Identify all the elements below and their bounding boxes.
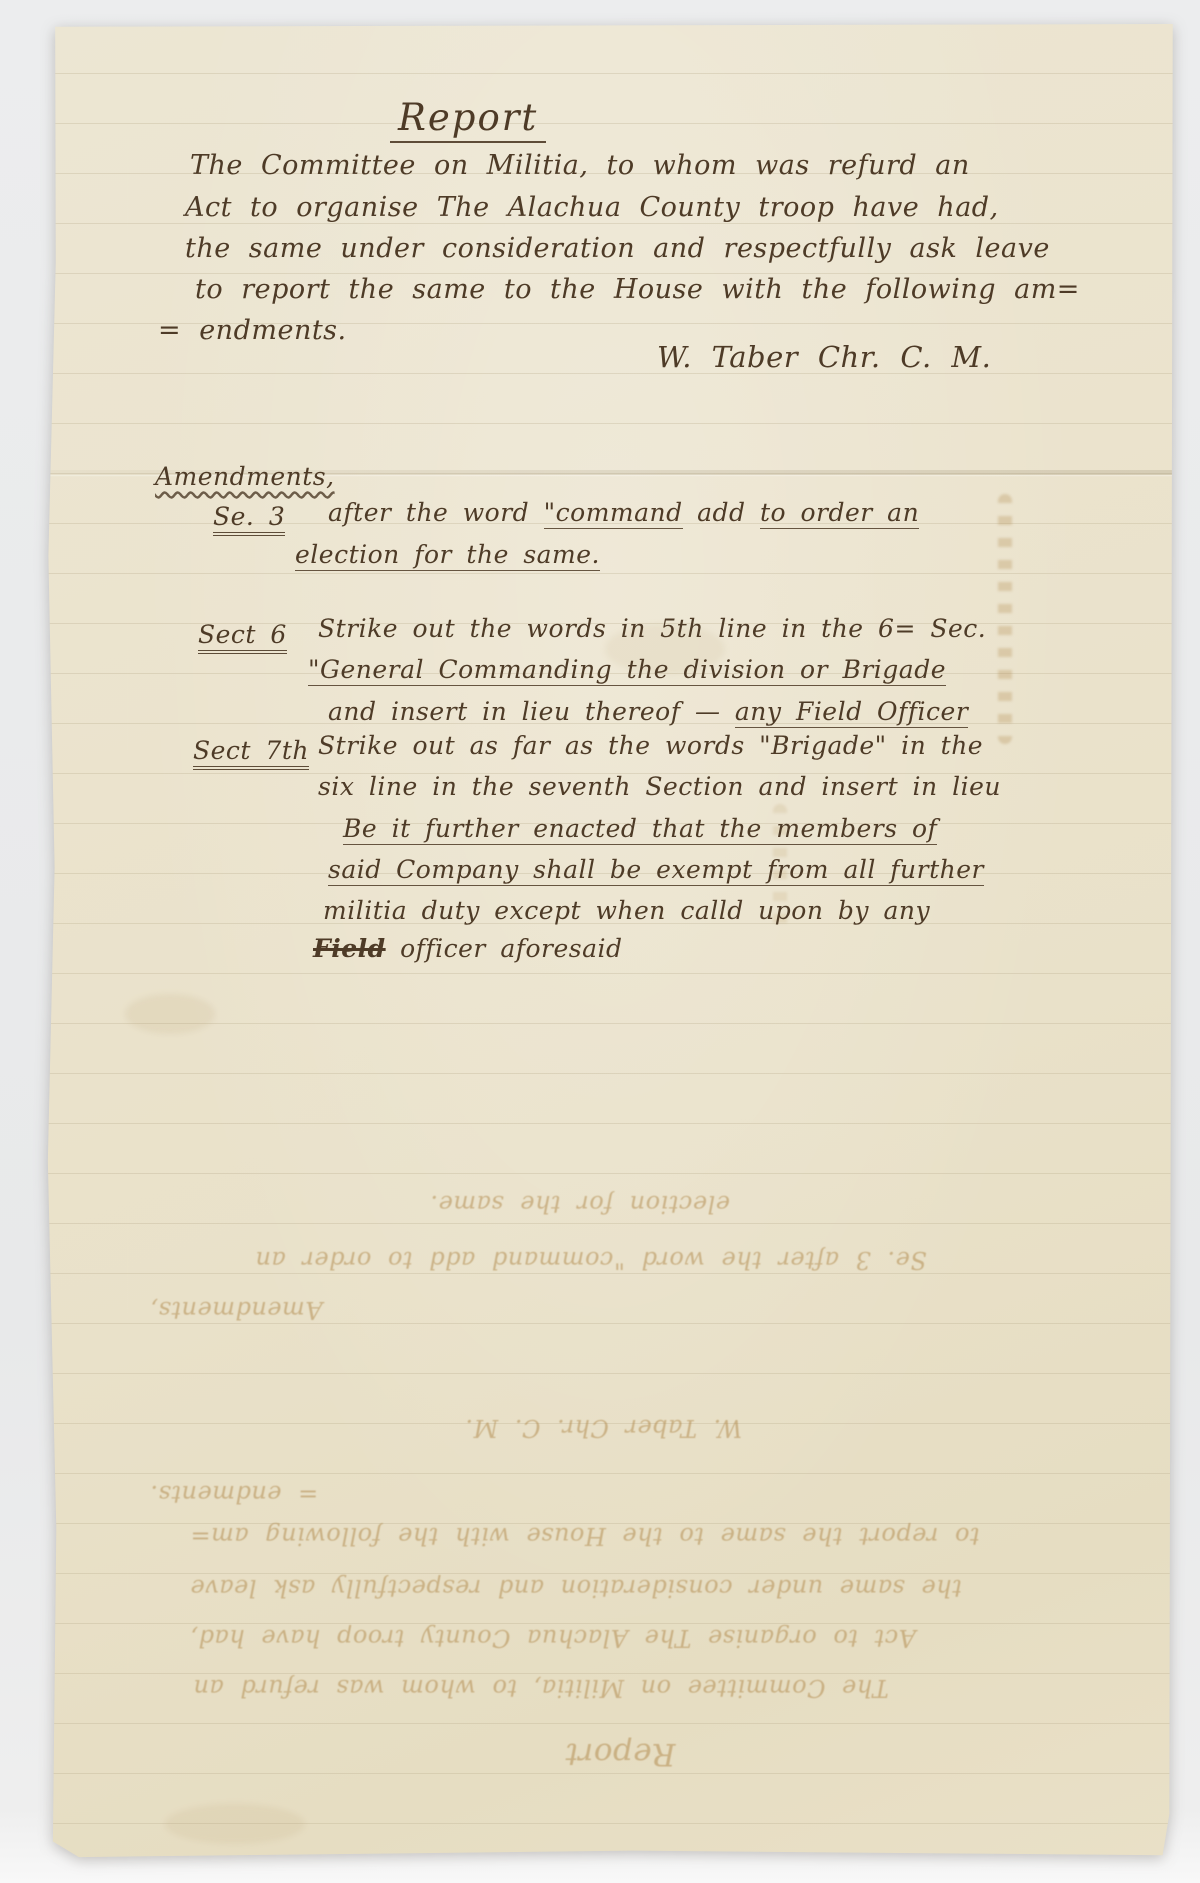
sec3-line-1: after the word "command add to order an	[328, 498, 919, 527]
ghost-line: Report	[565, 1736, 675, 1772]
sec3-label: Se. 3	[213, 502, 285, 531]
sec3-l2-text: election for the same.	[295, 540, 600, 571]
paper-sheet: Report The Committee on Militia, to whom…	[45, 24, 1175, 1858]
intro-line-4: to report the same to the House with the…	[195, 274, 1080, 305]
sec7-label-text: Sect 7th	[193, 736, 309, 770]
ghost-line: The Committee on Militia, to whom was re…	[193, 1674, 889, 1702]
sec7-line-2: six line in the seventh Section and inse…	[318, 772, 1001, 801]
ghost-line: to report the same to the House with the…	[190, 1522, 980, 1550]
sec6-line-2: "General Commanding the division or Brig…	[308, 655, 946, 684]
stain	[125, 994, 215, 1034]
sec3-l1-pre: after the word	[328, 498, 544, 527]
document-title: Report	[390, 96, 546, 143]
intro-line-1: The Committee on Militia, to whom was re…	[190, 150, 970, 181]
ghost-vertical-marks	[998, 494, 1012, 744]
intro-line-2: Act to organise The Alachua County troop…	[185, 192, 999, 223]
sec6-l3-pre: and insert in lieu thereof —	[328, 697, 735, 726]
amendments-heading: Amendments,	[155, 462, 335, 491]
sec3-l1-mid: add	[683, 498, 760, 527]
sec6-line-1: Strike out the words in 5th line in the …	[318, 614, 986, 643]
intro-line-3: the same under consideration and respect…	[185, 233, 1050, 264]
ghost-line: election for the same.	[430, 1190, 730, 1218]
sec6-label-text: Sect 6	[198, 620, 287, 654]
sec7-l3-text: Be it further enacted that the members o…	[343, 814, 937, 845]
sec7-line-5: militia duty except when calld upon by a…	[323, 896, 930, 925]
signature: W. Taber Chr. C. M.	[657, 340, 991, 374]
intro-line-5: = endments.	[158, 315, 347, 346]
sec7-l4-text: said Company shall be exempt from all fu…	[328, 855, 984, 886]
sec3-l1-underlined-2: to order an	[760, 498, 919, 529]
sec6-l2-text: "General Commanding the division or Brig…	[308, 655, 946, 686]
sec7-line-6: Field officer aforesaid	[313, 934, 623, 963]
ghost-line: Amendments,	[150, 1296, 323, 1324]
sec3-line-2: election for the same.	[295, 540, 600, 569]
ghost-line: Act to organise The Alachua County troop…	[190, 1624, 916, 1652]
sec7-label: Sect 7th	[193, 736, 309, 765]
sec7-line-3: Be it further enacted that the members o…	[343, 814, 937, 843]
manuscript-page: Report The Committee on Militia, to whom…	[45, 24, 1175, 1858]
ghost-line: the same under consideration and respect…	[190, 1574, 962, 1602]
sec6-label: Sect 6	[198, 620, 287, 649]
sec6-l3-underlined: any Field Officer	[735, 697, 968, 728]
ghost-line: = endments.	[150, 1480, 318, 1508]
sec7-line-4: said Company shall be exempt from all fu…	[328, 855, 984, 884]
sec6-line-3: and insert in lieu thereof — any Field O…	[328, 697, 968, 726]
scanned-document-view: Report The Committee on Militia, to whom…	[0, 0, 1200, 1883]
ghost-line: Se. 3 after the word "command add to ord…	[255, 1246, 927, 1274]
sec7-line-1: Strike out as far as the words "Brigade"…	[318, 731, 983, 760]
sec7-l6-rest: officer aforesaid	[386, 934, 623, 963]
ghost-line: W. Taber Chr. C. M.	[465, 1414, 742, 1442]
sec3-l1-underlined-1: "command	[544, 498, 683, 529]
sec7-l6-overwritten-word: Field	[313, 934, 386, 963]
sec3-label-text: Se. 3	[213, 502, 285, 536]
stain	[165, 1804, 305, 1844]
